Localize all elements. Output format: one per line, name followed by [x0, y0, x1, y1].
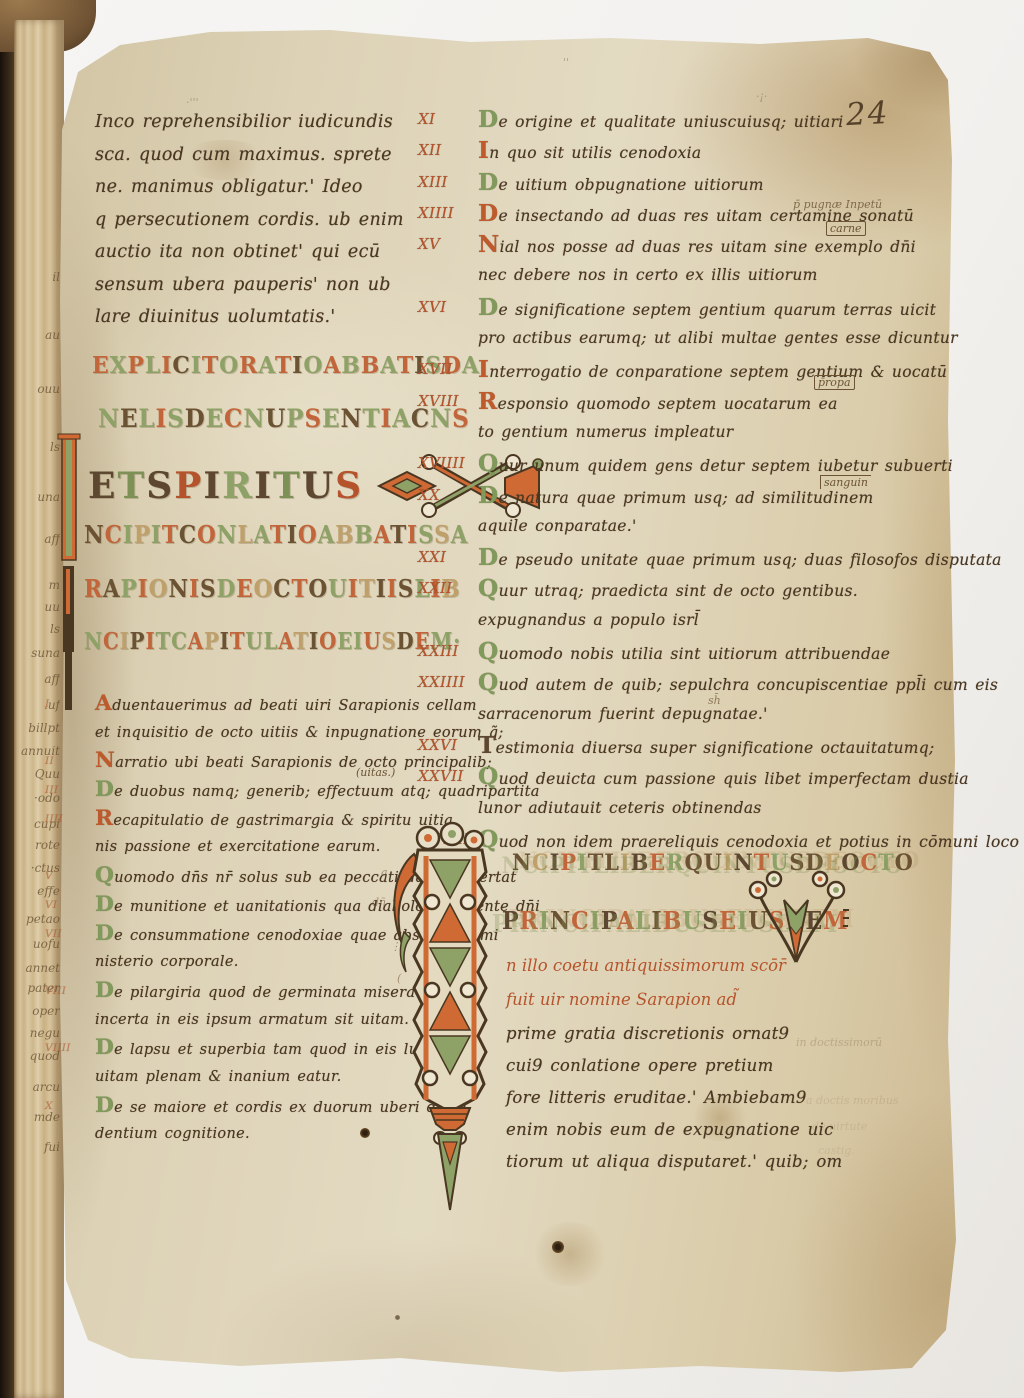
chapter-entry: aquile conparatae.': [478, 511, 1024, 542]
chapter-entry: XXI De pseudo unitate quae primum usq; d…: [478, 542, 1024, 573]
chapter-entry: XVI De significatione septem gentium qua…: [478, 292, 1024, 323]
chapter-text: Quod deuicta cum passione quis libet imp…: [478, 761, 1024, 795]
palmette-sprout-ornament: [744, 866, 849, 966]
chapter-entry: XV Nial nos posse ad duas res uitam sine…: [478, 229, 1024, 260]
chapter-number: XXVII: [418, 761, 464, 792]
chapter-entry: lunor adiutauit ceteris obtinendas: [478, 793, 1024, 824]
paragraph-line: Inco reprehensibilior iudicundis: [95, 106, 404, 139]
chapter-number: I: [45, 690, 49, 719]
chapter-number: XXII: [418, 573, 452, 604]
chapter-list-right: XI De origine et qualitate uniuscuiusq; …: [478, 104, 1024, 855]
chapter-text: Quur utraq; praedicta sint de octo genti…: [478, 573, 1024, 607]
chapter-text: De uitium obpugnatione uitiorum: [478, 167, 1024, 201]
edge-text-fragment: una: [16, 490, 60, 504]
pen-trial-mark: ·¡·: [756, 90, 767, 103]
chapter-number: XIII: [418, 167, 448, 198]
incipit-liber-heading-line-1: NCIPITLIBERQUINTUSDEOCTO: [512, 850, 914, 876]
chapter-text: nec debere nos in certo ex illis uitioru…: [478, 260, 1024, 291]
edge-text-fragment: m: [16, 578, 60, 592]
chapter-text: De natura quae primum usq; ad similitudi…: [478, 480, 1024, 514]
left-column-paragraph: Inco reprehensibilior iudicundissca. quo…: [95, 106, 404, 334]
chapter-number: XVIII: [418, 386, 459, 417]
edge-text-fragment: mde: [16, 1110, 60, 1124]
chapter-entry: XI De origine et qualitate uniuscuiusq; …: [478, 104, 1024, 135]
edge-text-fragment: uu: [16, 600, 60, 614]
chapter-text: Nial nos posse ad duas res uitam sine ex…: [478, 229, 1024, 263]
chapter-text: to gentium numerus impleatur: [478, 417, 1024, 448]
explicit-heading-line-2: NELISDECNUPSENTIACNS: [98, 404, 470, 433]
chapter-entry: XIII De uitium obpugnatione uitiorum: [478, 167, 1024, 198]
chapter-number: XVIIII: [418, 448, 465, 479]
chapter-entry: XVIIII Quur unum quidem gens detur septe…: [478, 448, 1024, 479]
marginal-gloss-boxed: carne: [826, 221, 866, 236]
chapter-number: VIIII: [45, 1034, 71, 1063]
faded-margin-note: a doctis moribus: [806, 1094, 899, 1107]
chapter-text: Testimonia diuersa super significatione …: [478, 730, 1024, 764]
paragraph-line: sensum ubera pauperis' non ub: [95, 269, 404, 302]
chapter-entry: nec debere nos in certo ex illis uitioru…: [478, 260, 1024, 291]
chapter-number: VI: [45, 891, 57, 920]
chapter-number: X: [45, 1092, 53, 1121]
edge-text-fragment: ouu: [16, 382, 60, 396]
chapter-text: In quo sit utilis cenodoxia: [478, 135, 1024, 169]
chapter-entry: pro actibus earumq; ut alibi multae gent…: [478, 323, 1024, 354]
chapter-entry: et inquisitio de octo uitiis & inpugnati…: [95, 719, 540, 748]
chapter-number: III: [45, 776, 58, 805]
edge-text-fragment: ls: [16, 440, 60, 454]
chapter-text: et inquisitio de octo uitiis & inpugnati…: [95, 719, 540, 748]
chapter-text: sarracenorum fuerint depugnatae.': [478, 699, 1024, 730]
edge-text-fragment: ls: [16, 622, 60, 636]
chapter-entry: I Aduentauerimus ad beati uiri Sarapioni…: [95, 690, 540, 719]
chapter-text: De significatione septem gentium quarum …: [478, 292, 1024, 326]
sarapionis-line: RAPIONISDEOCTOUITIISLIB: [84, 574, 461, 603]
chapter-text: lunor adiutauit ceteris obtinendas: [478, 793, 1024, 824]
chapter-number: XI: [418, 104, 435, 135]
incipit-red-line: fuit uir nomine Sarapion ad̃: [506, 990, 737, 1009]
edge-text-fragment: au: [16, 328, 60, 342]
chapter-text: Interrogatio de conparatione septem gent…: [478, 354, 1024, 388]
chapter-text: De origine et qualitate uniuscuiusq; uit…: [478, 104, 1024, 138]
edge-text-fragment: ctus·: [16, 861, 60, 875]
chapter-text: Aduentauerimus ad beati uiri Sarapionis …: [95, 690, 540, 721]
chapter-number: XXVI: [418, 730, 457, 761]
chapter-entry: XXII Quur utraq; praedicta sint de octo …: [478, 573, 1024, 604]
edge-text-fragment: oper: [16, 1004, 60, 1018]
interlinear-gloss: (uitas.): [356, 766, 395, 779]
edge-text-fragment: il: [16, 270, 60, 284]
chapter-number: XXI: [418, 542, 446, 573]
chapter-number: XV: [418, 229, 440, 260]
chapter-entry: XVIII Responsio quomodo septem uocatarum…: [478, 386, 1024, 417]
chapter-entry: XII In quo sit utilis cenodoxia: [478, 135, 1024, 166]
margin-probe-mark: a: [381, 866, 388, 879]
chapter-number: XXIIII: [418, 667, 465, 698]
incipit-body-line: fore litteris eruditae.' Ambiebam9: [506, 1088, 807, 1107]
chapter-text: Quur unum quidem gens detur septem iubet…: [478, 448, 1024, 482]
incipit-body-line: prime gratia discretionis ornat9: [506, 1024, 789, 1043]
parchment-speck: [395, 1315, 400, 1320]
paragraph-line: q persecutionem cordis. ub enim: [95, 204, 404, 237]
chapter-number: II: [45, 747, 54, 776]
chapter-text: expugnandus a populo isrl̄: [478, 605, 1024, 636]
chapter-number: VIII: [45, 977, 66, 1006]
chapter-text: Quod autem de quib; sepulchra concupisce…: [478, 667, 1024, 701]
edge-text-fragment: aff: [16, 532, 60, 546]
chapter-entry: XIIII De insectando ad duas res uitam ce…: [478, 198, 1024, 229]
chapter-text: pro actibus earumq; ut alibi multae gent…: [478, 323, 1024, 354]
edge-text-fragment: suna: [16, 646, 60, 660]
incipit-capitulatio-line: NCIPITCAPITULATIOEIUSDEM·: [84, 628, 461, 655]
chapter-text: aquile conparatae.': [478, 511, 1024, 542]
chapter-entry: sarracenorum fuerint depugnatae.': [478, 699, 1024, 730]
explicit-heading-line-3: ETSPIRITUS: [88, 454, 541, 518]
pen-trial-mark: ·''': [186, 96, 199, 109]
edge-text-fragment: aff: [16, 672, 60, 686]
parchment-hole: [552, 1241, 564, 1253]
incipit-body-line: cui9 conlatione opere pretium: [506, 1056, 774, 1075]
chapter-entry: XXVII Quod deuicta cum passione quis lib…: [478, 761, 1024, 792]
incipit-conlatio-line: NCIPITCONLATIOABBATISSA: [84, 520, 468, 549]
chapter-text: De pseudo unitate quae primum usq; duas …: [478, 542, 1024, 576]
chapter-number: VII: [45, 920, 62, 949]
incipit-body-line: enim nobis eum de expugnatione uic: [506, 1120, 834, 1139]
marginal-gloss-bracket: sanguin: [820, 475, 871, 489]
chapter-number: IIII: [45, 805, 63, 834]
incipit-body-line: tiorum ut aliqua disputaret.' quib; om: [506, 1152, 843, 1171]
chapter-entry: XXVI Testimonia diuersa super significat…: [478, 730, 1024, 761]
chapter-entry: XXIIII Quod autem de quib; sepulchra con…: [478, 667, 1024, 698]
paragraph-line: lare diuinitus uolumtatis.': [95, 301, 404, 334]
chapter-number: XX: [418, 480, 440, 511]
manuscript-photo: { "page": { "folio_number": "24", "color…: [0, 0, 1024, 1398]
chapter-number: XVI: [418, 292, 446, 323]
margin-probe-mark: dñ: [372, 896, 386, 909]
chapter-number: XXIII: [418, 636, 459, 667]
edge-text-fragment: fui: [16, 1140, 60, 1154]
chapter-text: De duobus namq; generib; effectuum atq; …: [95, 776, 540, 807]
marginal-gloss-boxed: p̄ropa: [814, 375, 855, 390]
chapter-number: V: [45, 862, 53, 891]
edge-text-fragment: billpt: [16, 721, 60, 735]
chapter-entry: to gentium numerus impleatur: [478, 417, 1024, 448]
chapter-text: Narratio ubi beati Sarapionis de octo pr…: [95, 747, 540, 778]
chapter-text: De insectando ad duas res uitam certamin…: [478, 198, 1024, 232]
marginal-gloss: p̄ pugnæ Inpetū: [793, 198, 882, 211]
chapter-entry: III De duobus namq; generib; effectuum a…: [95, 776, 540, 805]
chapter-number: XII: [418, 135, 441, 166]
paragraph-line: ne. manimus obligatur.' Ideo: [95, 171, 404, 204]
chapter-entry: XVII Interrogatio de conparatione septem…: [478, 354, 1024, 385]
parchment-hole: [360, 1128, 370, 1138]
chapter-entry: II Narratio ubi beati Sarapionis de octo…: [95, 747, 540, 776]
chapter-text: Quomodo nobis utilia sint uitiorum attri…: [478, 636, 1024, 670]
marginal-mark: sh̄: [708, 694, 721, 707]
incipit-i-bars: [58, 432, 86, 712]
edge-text-fragment: rote: [16, 838, 60, 852]
edge-text-fragment: uf.: [16, 698, 60, 712]
decorated-initial-i: [390, 812, 510, 1212]
faded-margin-note: in doctissimorū: [796, 1036, 882, 1049]
edge-text-fragment: annet: [16, 961, 60, 975]
chapter-number: XIIII: [418, 198, 454, 229]
paragraph-line: auctio ita non obtinet' qui ecū: [95, 236, 404, 269]
chapter-text: Responsio quomodo septem uocatarum ea: [478, 386, 1024, 420]
paragraph-line: sca. quod cum maximus. sprete: [95, 139, 404, 172]
chapter-number: XVII: [418, 354, 453, 385]
et-spiritus-text: ETSPIRITUS: [88, 465, 363, 507]
incipit-red-line: n illo coetu antiquissimorum scōr̄: [506, 956, 786, 975]
chapter-entry: XXIII Quomodo nobis utilia sint uitiorum…: [478, 636, 1024, 667]
edge-text-fragment: arcu: [16, 1080, 60, 1094]
chapter-entry: XX De natura quae primum usq; ad similit…: [478, 480, 1024, 511]
chapter-entry: expugnandus a populo isrl̄: [478, 605, 1024, 636]
pen-trial-mark: '': [563, 56, 569, 69]
page-edge-stack: il au ouu ls una aff m uu ls suna aff uf…: [14, 20, 64, 1398]
